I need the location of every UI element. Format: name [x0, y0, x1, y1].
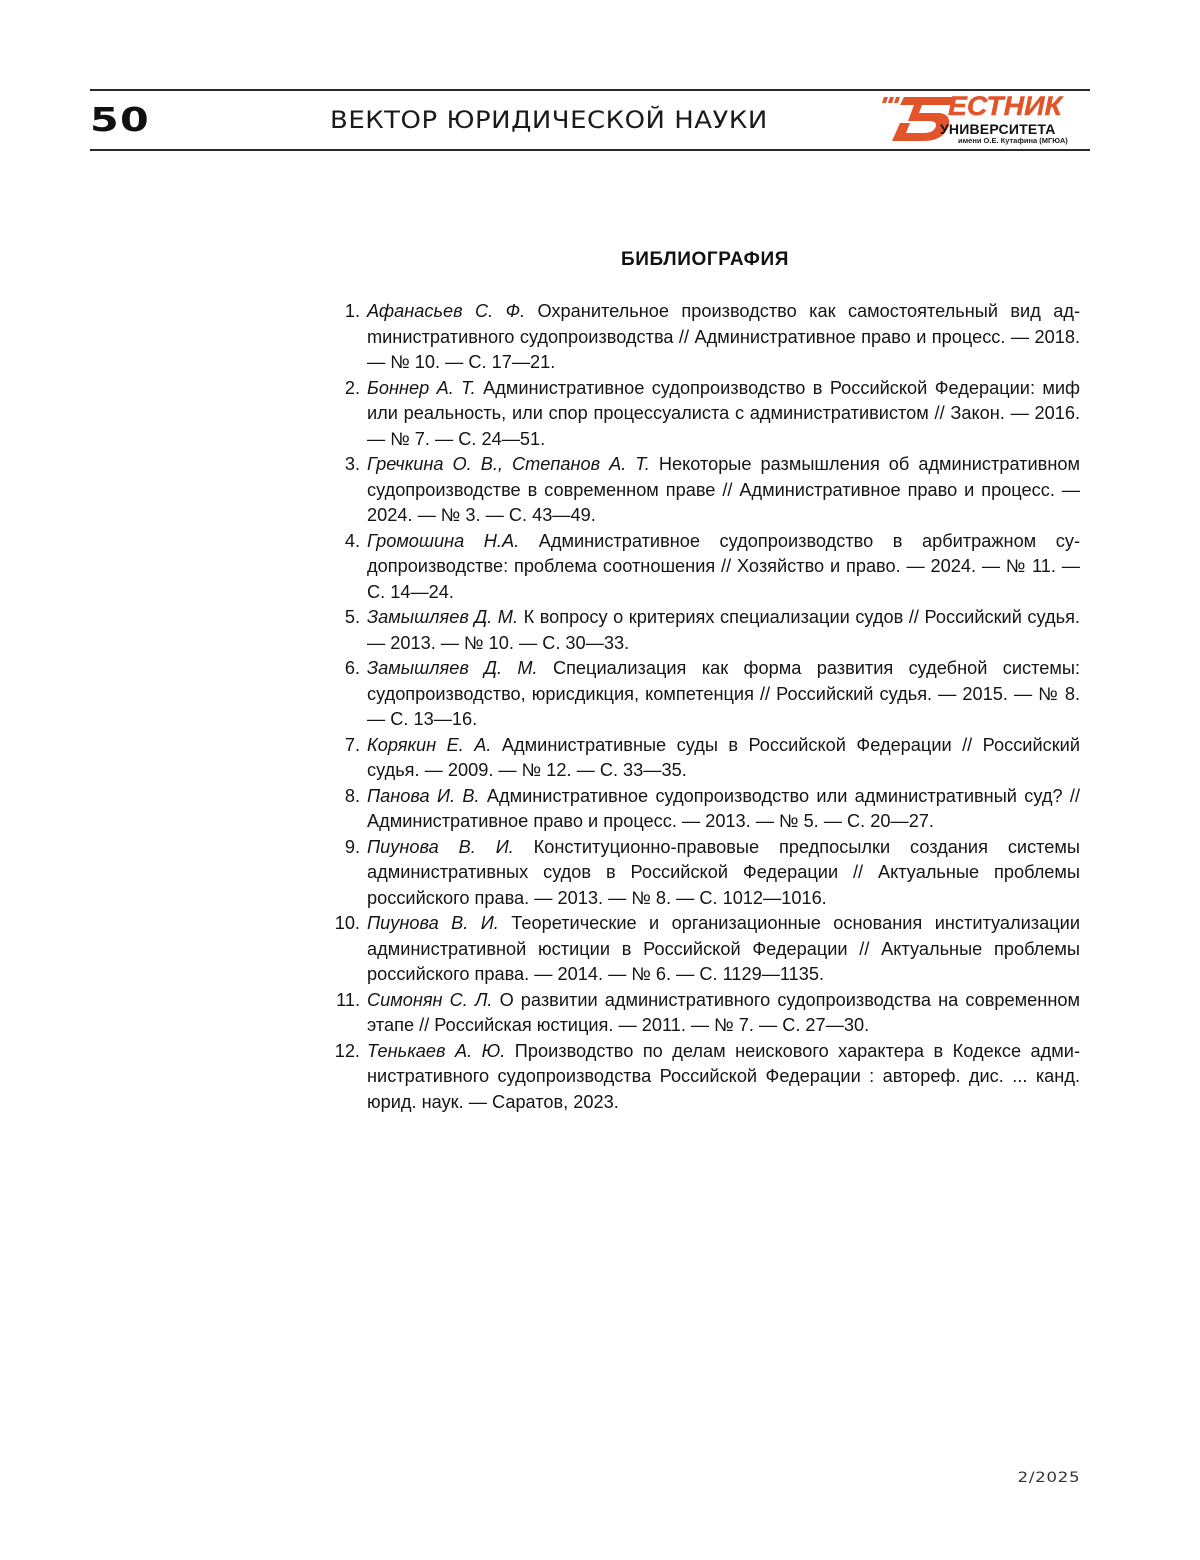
- item-number: 3.: [322, 452, 360, 478]
- item-author: Громошина Н.А.: [367, 531, 519, 551]
- logo-subtitle: имени О.Е. Кутафина (МГЮА): [958, 136, 1068, 145]
- item-author: Тенькаев А. Ю.: [367, 1041, 505, 1061]
- bibliography-item: 5.Замышляев Д. М. К вопросу о критериях …: [322, 605, 1080, 656]
- item-number: 12.: [322, 1039, 360, 1065]
- journal-logo: ЕСТНИК УНИВЕРСИТЕТА имени О.Е. Кутафина …: [878, 93, 1090, 147]
- bibliography-item: 12.Тенькаев А. Ю. Производство по делам …: [322, 1039, 1080, 1116]
- item-number: 7.: [322, 733, 360, 759]
- item-number: 5.: [322, 605, 360, 631]
- item-number: 9.: [322, 835, 360, 861]
- section-title: ВЕКТОР ЮРИДИЧЕСКОЙ НАУКИ: [330, 106, 768, 134]
- item-number: 1.: [322, 299, 360, 325]
- item-author: Пиунова В. И.: [367, 913, 499, 933]
- item-author: Боннер А. Т.: [367, 378, 476, 398]
- item-number: 6.: [322, 656, 360, 682]
- bibliography-item: 3.Гречкина О. В., Степанов А. Т. Некотор…: [322, 452, 1080, 529]
- bibliography-item: 8.Панова И. В. Административное судопрои…: [322, 784, 1080, 835]
- bibliography-item: 4.Громошина Н.А. Административное судопр…: [322, 529, 1080, 606]
- item-author: Замышляев Д. М.: [367, 658, 538, 678]
- header-bottom-rule: [90, 149, 1090, 151]
- bibliography-list: 1.Афанасьев С. Ф. Охранительное производ…: [322, 299, 1080, 1115]
- item-author: Пиунова В. И.: [367, 837, 514, 857]
- bibliography-item: 1.Афанасьев С. Ф. Охранительное производ…: [322, 299, 1080, 376]
- item-number: 10.: [322, 911, 360, 937]
- item-number: 4.: [322, 529, 360, 555]
- item-author: Замышляев Д. М.: [367, 607, 518, 627]
- logo-university: УНИВЕРСИТЕТА: [940, 121, 1056, 137]
- item-author: Афанасьев С. Ф.: [367, 301, 525, 321]
- vestnik-logo-icon: [878, 93, 958, 147]
- item-number: 11.: [322, 988, 360, 1014]
- bibliography-item: 11.Симонян С. Л. О развитии администрати…: [322, 988, 1080, 1039]
- item-author: Гречкина О. В., Степанов А. Т.: [367, 454, 650, 474]
- page-number: 50: [90, 100, 150, 139]
- bibliography-item: 2.Боннер А. Т. Административное судопрои…: [322, 376, 1080, 453]
- item-author: Корякин Е. А.: [367, 735, 491, 755]
- item-author: Панова И. В.: [367, 786, 480, 806]
- header-top-rule: [90, 89, 1090, 91]
- bibliography-heading: БИБЛИОГРАФИЯ: [330, 249, 1080, 271]
- bibliography-item: 7.Корякин Е. А. Административные суды в …: [322, 733, 1080, 784]
- bibliography-item: 6.Замышляев Д. М. Специализация как форм…: [322, 656, 1080, 733]
- logo-word: ЕСТНИК: [948, 91, 1062, 122]
- item-number: 8.: [322, 784, 360, 810]
- bibliography-item: 10.Пиунова В. И. Теоретические и организ…: [322, 911, 1080, 988]
- bibliography-item: 9.Пиунова В. И. Конституционно-правовые …: [322, 835, 1080, 912]
- item-author: Симонян С. Л.: [367, 990, 492, 1010]
- issue-number: 2/2025: [1017, 1470, 1080, 1486]
- item-number: 2.: [322, 376, 360, 402]
